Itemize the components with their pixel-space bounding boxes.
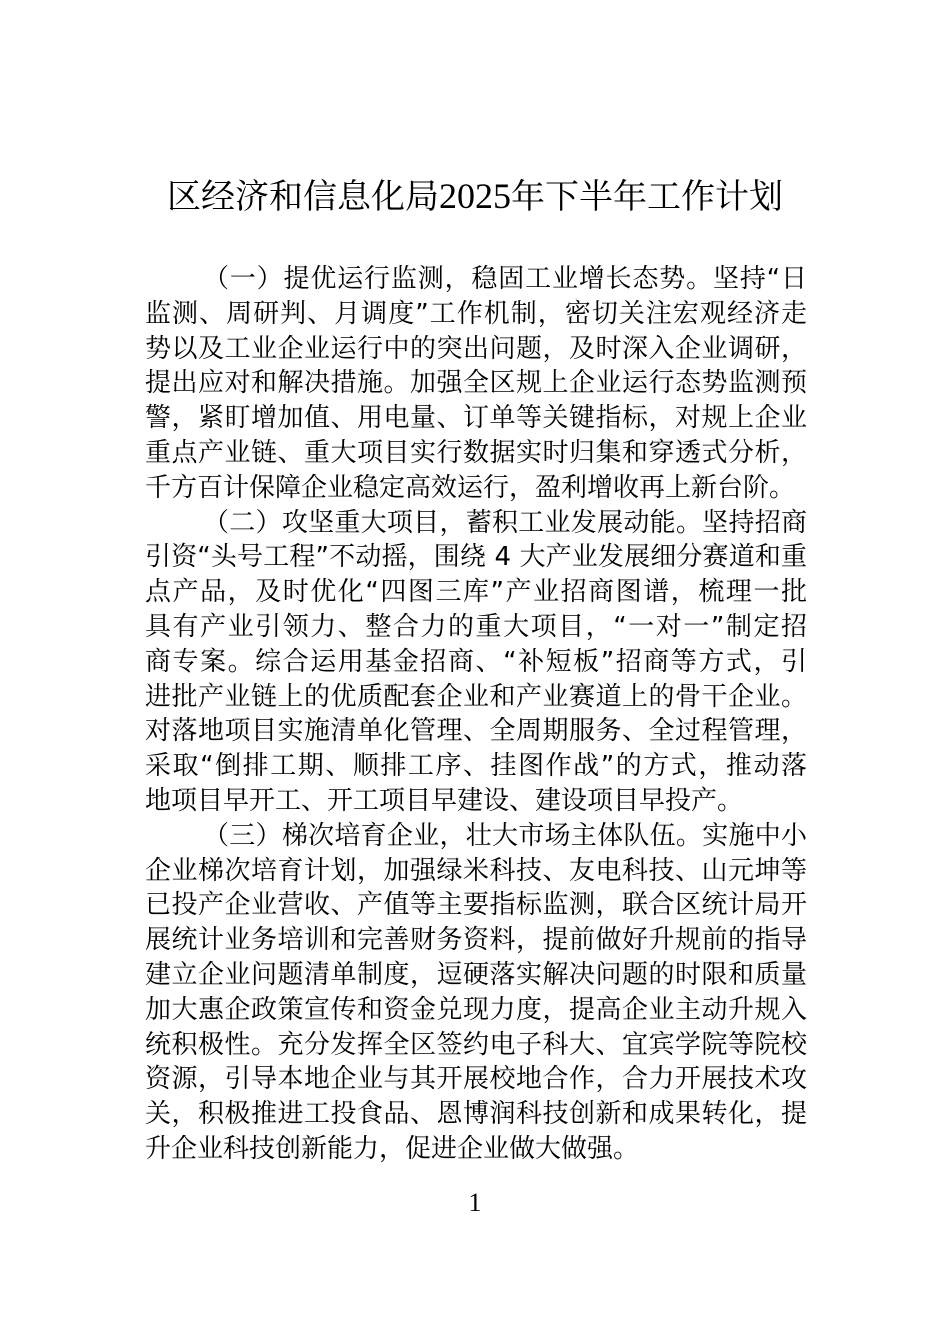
- paragraph-line: 加大惠企政策宣传和资金兑现力度，提高企业主动升规入: [145, 993, 807, 1028]
- paragraph-line: 监测、周研判、月调度”工作机制，密切关注宏观经济走: [145, 297, 807, 332]
- document-body: （一）提优运行监测，稳固工业增长态势。坚持“日 监测、周研判、月调度”工作机制，…: [145, 262, 807, 1167]
- document-page: 区经济和信息化局2025年下半年工作计划 （一）提优运行监测，稳固工业增长态势。…: [0, 0, 950, 1344]
- paragraph-line: 展统计业务培训和完善财务资料，提前做好升规前的指导: [145, 923, 807, 958]
- paragraph-line: 企业梯次培育计划，加强绿米科技、友电科技、山元坤等: [145, 854, 807, 889]
- paragraph-line: 采取“倒排工期、顺排工序、挂图作战”的方式，推动落: [145, 749, 807, 784]
- paragraph-2: （二）攻坚重大项目，蓄积工业发展动能。坚持招商 引资“头号工程”不动摇，围绕 4…: [145, 506, 807, 819]
- paragraph-line: 千方百计保障企业稳定高效运行，盈利增收再上新台阶。: [145, 471, 807, 506]
- paragraph-line: 升企业科技创新能力，促进企业做大做强。: [145, 1132, 807, 1167]
- paragraph-3: （三）梯次培育企业，壮大市场主体队伍。实施中小 企业梯次培育计划，加强绿米科技、…: [145, 819, 807, 1167]
- paragraph-line: 重点产业链、重大项目实行数据实时归集和穿透式分析，: [145, 436, 807, 471]
- paragraph-line: 对落地项目实施清单化管理、全周期服务、全过程管理，: [145, 714, 807, 749]
- title-suffix: 年下半年工作计划: [511, 177, 783, 217]
- document-title: 区经济和信息化局2025年下半年工作计划: [0, 172, 950, 221]
- paragraph-line: 进批产业链上的优质配套企业和产业赛道上的骨干企业。: [145, 680, 807, 715]
- paragraph-line: （三）梯次培育企业，壮大市场主体队伍。实施中小: [145, 819, 807, 854]
- paragraph-line: （一）提优运行监测，稳固工业增长态势。坚持“日: [145, 262, 807, 297]
- paragraph-line: 统积极性。充分发挥全区签约电子科大、宜宾学院等院校: [145, 1028, 807, 1063]
- title-prefix: 区经济和信息化局: [167, 177, 439, 217]
- title-year: 2025: [439, 176, 511, 216]
- paragraph-line: 提出应对和解决措施。加强全区规上企业运行态势监测预: [145, 366, 807, 401]
- paragraph-line: 已投产企业营收、产值等主要指标监测，联合区统计局开: [145, 888, 807, 923]
- paragraph-line: 建立企业问题清单制度，逗硬落实解决问题的时限和质量: [145, 958, 807, 993]
- paragraph-line: 资源，引导本地企业与其开展校地合作，合力开展技术攻: [145, 1062, 807, 1097]
- paragraph-line: 关，积极推进工投食品、恩博润科技创新和成果转化，提: [145, 1097, 807, 1132]
- paragraph-line: 点产品，及时优化“四图三库”产业招商图谱，梳理一批: [145, 575, 807, 610]
- paragraph-1: （一）提优运行监测，稳固工业增长态势。坚持“日 监测、周研判、月调度”工作机制，…: [145, 262, 807, 506]
- paragraph-line: 引资“头号工程”不动摇，围绕 4 大产业发展细分赛道和重: [145, 540, 807, 575]
- paragraph-line: （二）攻坚重大项目，蓄积工业发展动能。坚持招商: [145, 506, 807, 541]
- page-number: 1: [0, 1188, 950, 1218]
- paragraph-line: 警，紧盯增加值、用电量、订单等关键指标，对规上企业: [145, 401, 807, 436]
- paragraph-line: 商专案。综合运用基金招商、“补短板”招商等方式，引: [145, 645, 807, 680]
- paragraph-line: 地项目早开工、开工项目早建设、建设项目早投产。: [145, 784, 807, 819]
- paragraph-line: 势以及工业企业运行中的突出问题，及时深入企业调研，: [145, 332, 807, 367]
- paragraph-line: 具有产业引领力、整合力的重大项目，“一对一”制定招: [145, 610, 807, 645]
